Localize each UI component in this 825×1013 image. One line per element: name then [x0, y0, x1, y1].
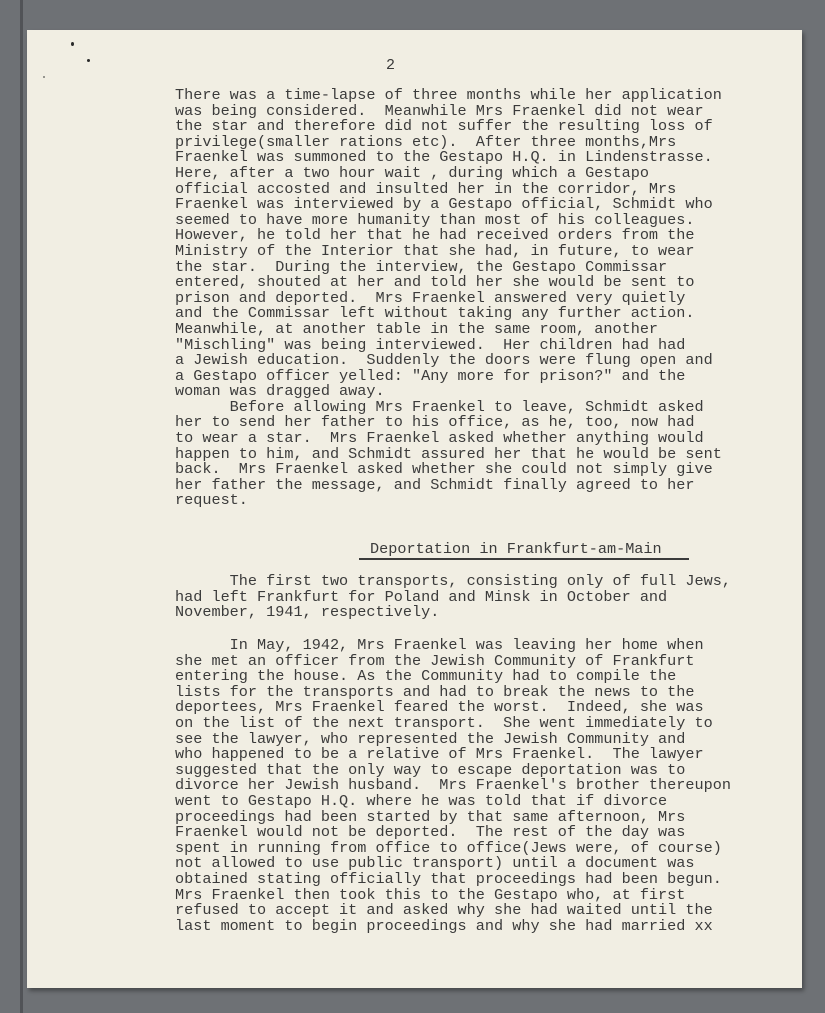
paragraph-1: There was a time-lapse of three months w…: [175, 88, 815, 509]
text-line: request.: [175, 493, 815, 509]
backdrop-edge: [20, 0, 23, 1013]
paper-speck: [43, 76, 45, 78]
text-line: November, 1941, respectively.: [175, 605, 815, 621]
text-line: her father the message, and Schmidt fina…: [175, 478, 815, 494]
heading-underline: [359, 558, 689, 560]
paragraph-2: The first two transports, consisting onl…: [175, 574, 815, 621]
paper-speck: [87, 59, 90, 62]
paper-speck: [71, 42, 74, 46]
section-heading: Deportation in Frankfurt-am-Main: [370, 540, 662, 558]
paragraph-3: In May, 1942, Mrs Fraenkel was leaving h…: [175, 638, 815, 934]
text-line: last moment to begin proceedings and why…: [175, 919, 815, 935]
page-number: 2: [386, 57, 395, 74]
